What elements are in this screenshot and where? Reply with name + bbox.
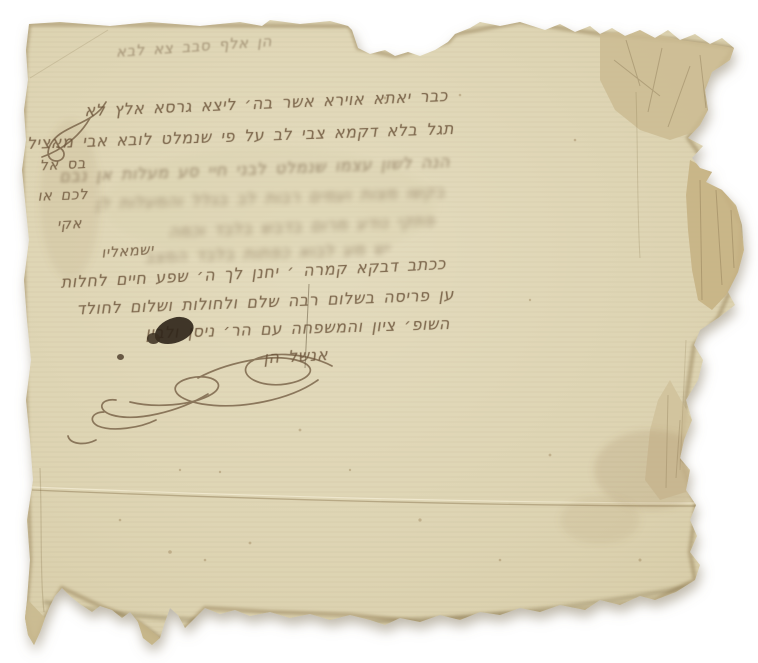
photo-background: הן אלף סבב צא לבא כבר יאתא אוירא אשר בה׳… — [0, 0, 758, 663]
manuscript-paper — [0, 0, 758, 663]
ink-spot — [117, 354, 124, 360]
ink-blot-tail — [147, 333, 160, 344]
smudged-text-patch — [105, 147, 435, 263]
